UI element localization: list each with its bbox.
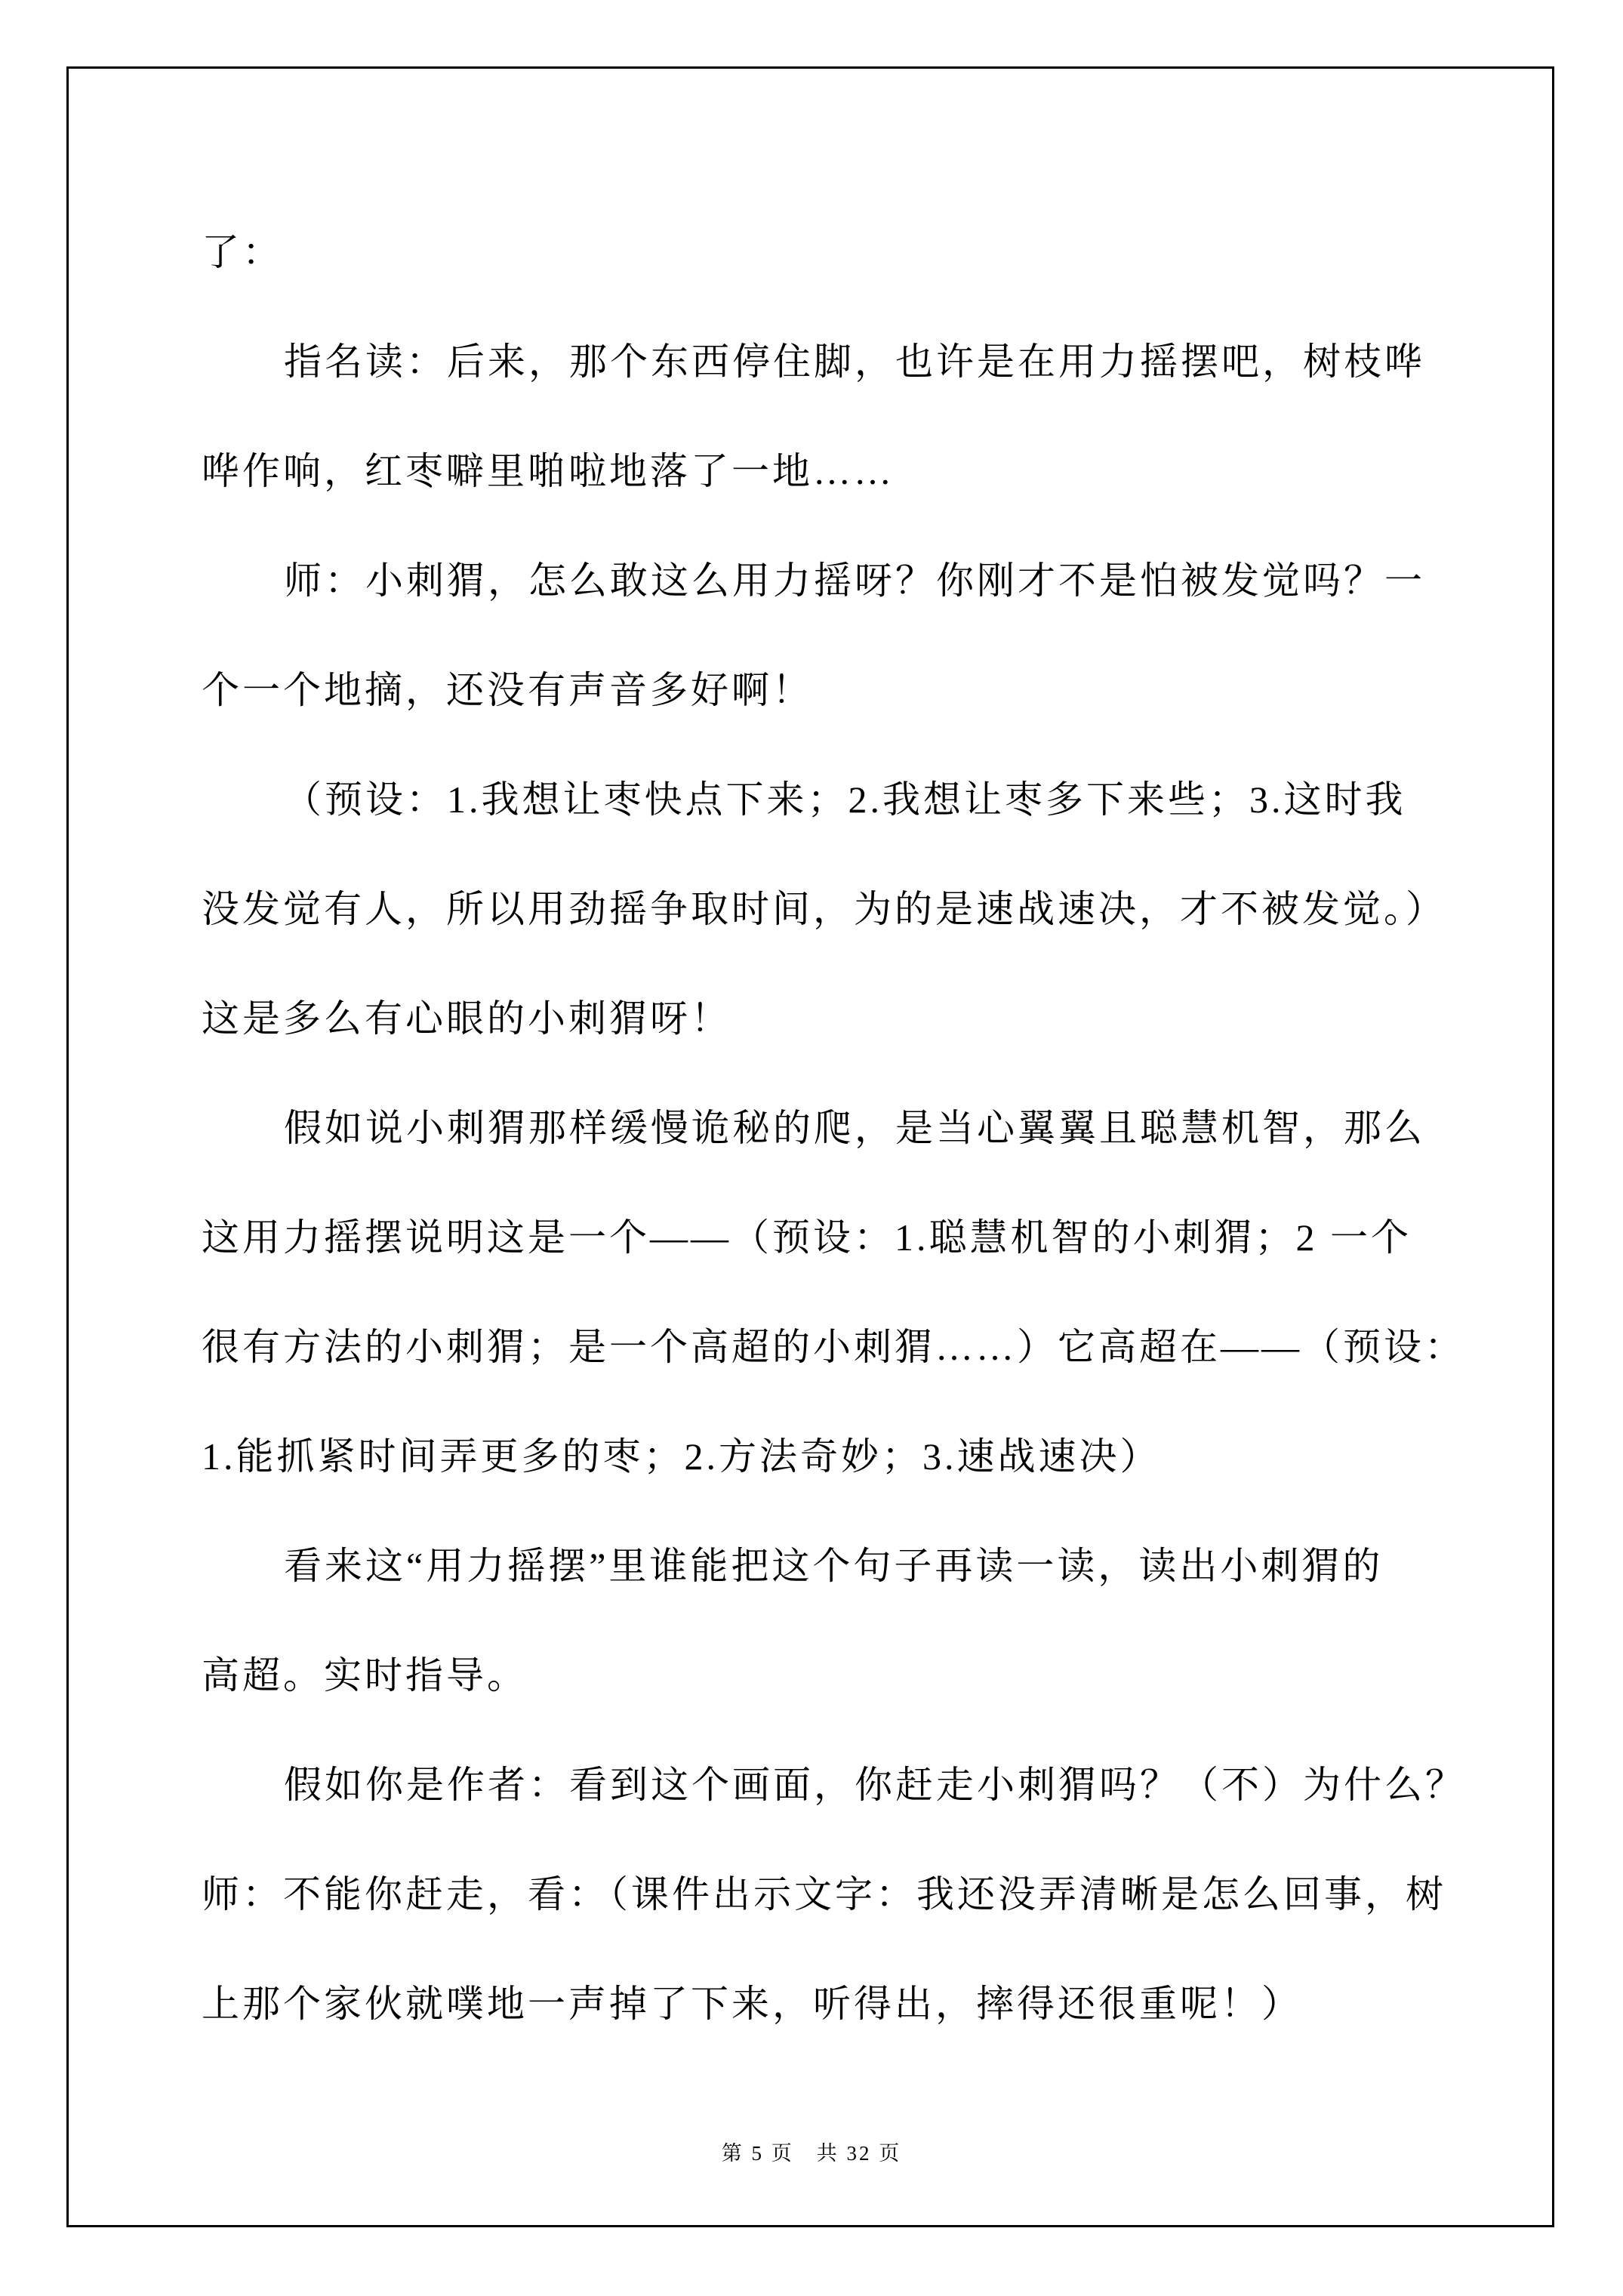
text-line: 这是多么有心眼的小刺猬呀！	[202, 964, 1508, 1074]
text-line: 这用力摇摆说明这是一个——（预设：1.聪慧机智的小刺猬；2 一个	[202, 1183, 1508, 1293]
text-line: 个一个地摘，还没有声音多好啊！	[202, 636, 1508, 745]
text-line: 1.能抓紧时间弄更多的枣；2.方法奇妙；3.速战速决）	[202, 1402, 1508, 1512]
footer-total-label: 共 32 页	[817, 2142, 902, 2165]
text-line: 没发觉有人，所以用劲摇争取时间，为的是速战速决，才不被发觉。）	[202, 855, 1508, 964]
text-line: 上那个家伙就噗地一声掉了下来，听得出，摔得还很重呢！）	[202, 1949, 1508, 2059]
text-line: 假如你是作者：看到这个画面，你赶走小刺猬吗？（不）为什么？	[202, 1730, 1508, 1840]
text-line: 很有方法的小刺猬；是一个高超的小刺猬……）它高超在——（预设：	[202, 1293, 1508, 1402]
page-footer: 第 5 页共 32 页	[0, 2137, 1623, 2166]
document-body: 了： 指名读：后来，那个东西停住脚，也许是在用力摇摆吧，树枝哗 哗作响，红枣噼里…	[202, 198, 1508, 2059]
text-line: 师：不能你赶走，看：（课件出示文字：我还没弄清晰是怎么回事，树	[202, 1840, 1508, 1949]
text-line: （预设：1.我想让枣快点下来；2.我想让枣多下来些；3.这时我	[202, 745, 1508, 855]
text-line: 了：	[202, 198, 1508, 307]
text-line: 哗作响，红枣噼里啪啦地落了一地……	[202, 417, 1508, 526]
text-line: 高超。实时指导。	[202, 1621, 1508, 1730]
text-line: 指名读：后来，那个东西停住脚，也许是在用力摇摆吧，树枝哗	[202, 307, 1508, 417]
footer-page-label: 第 5 页	[722, 2142, 794, 2165]
text-line: 假如说小刺猬那样缓慢诡秘的爬，是当心翼翼且聪慧机智，那么	[202, 1074, 1508, 1183]
text-line: 看来这“用力摇摆”里谁能把这个句子再读一读，读出小刺猬的	[202, 1512, 1508, 1621]
text-line: 师：小刺猬，怎么敢这么用力摇呀？你刚才不是怕被发觉吗？一	[202, 526, 1508, 636]
document-page: 了： 指名读：后来，那个东西停住脚，也许是在用力摇摆吧，树枝哗 哗作响，红枣噼里…	[0, 0, 1623, 2296]
